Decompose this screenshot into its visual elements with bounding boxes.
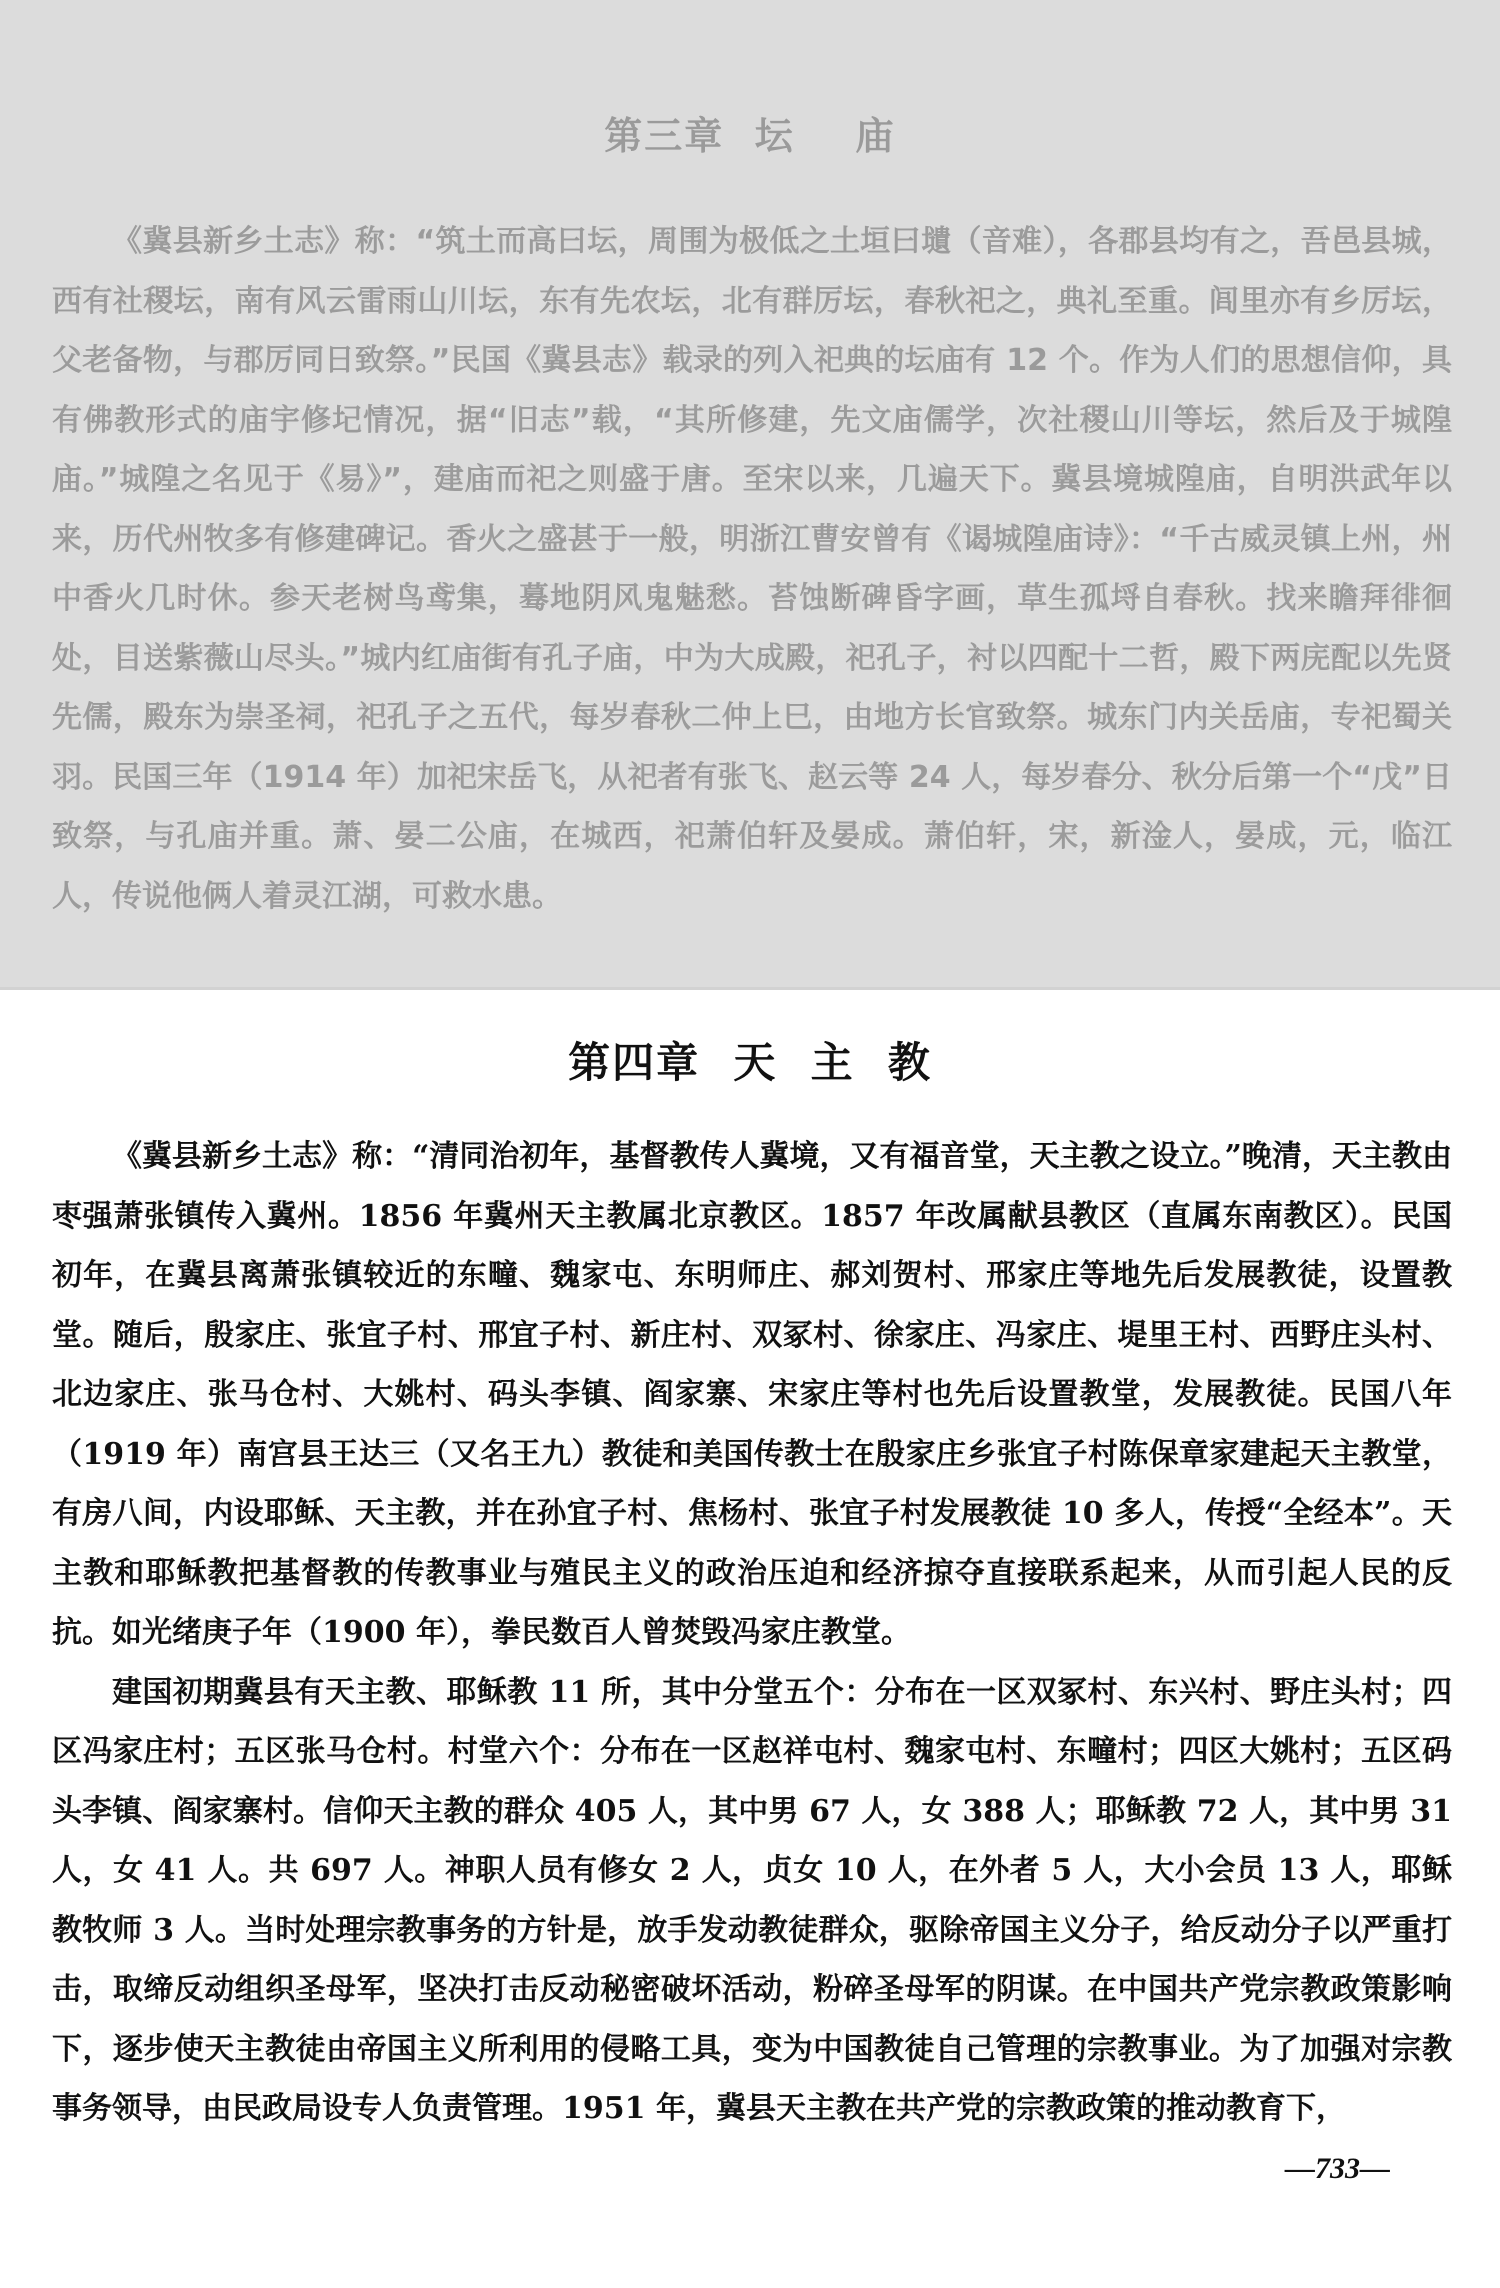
chapter-4-paragraph-1: 《冀县新乡土志》称：“清同治初年，基督教传人冀境，又有福音堂，天主教之设立。”晚… xyxy=(52,1127,1452,1663)
chapter-4-body: 《冀县新乡土志》称：“清同治初年，基督教传人冀境，又有福音堂，天主教之设立。”晚… xyxy=(52,1127,1452,2139)
page-number: —733— xyxy=(1285,2152,1390,2186)
chapter-3-title: 第三章 坛 庙 xyxy=(0,105,1500,160)
chapter-3-paragraph: 《冀县新乡土志》称：“筑土而高曰坛，周围为极低之土垣曰壝（音难），各郡县均有之，… xyxy=(52,212,1452,926)
chapter-4-section: 第四章 天 主 教 《冀县新乡土志》称：“清同治初年，基督教传人冀境，又有福音堂… xyxy=(0,990,1500,2288)
chapter-4-paragraph-2: 建国初期冀县有天主教、耶稣教 11 所，其中分堂五个：分布在一区双冢村、东兴村、… xyxy=(52,1663,1452,2139)
chapter-4-title: 第四章 天 主 教 xyxy=(0,1030,1500,1090)
chapter-3-body: 《冀县新乡土志》称：“筑土而高曰坛，周围为极低之土垣曰壝（音难），各郡县均有之，… xyxy=(52,212,1452,926)
chapter-3-section-highlighted: 第三章 坛 庙 《冀县新乡土志》称：“筑土而高曰坛，周围为极低之土垣曰壝（音难）… xyxy=(0,0,1500,990)
